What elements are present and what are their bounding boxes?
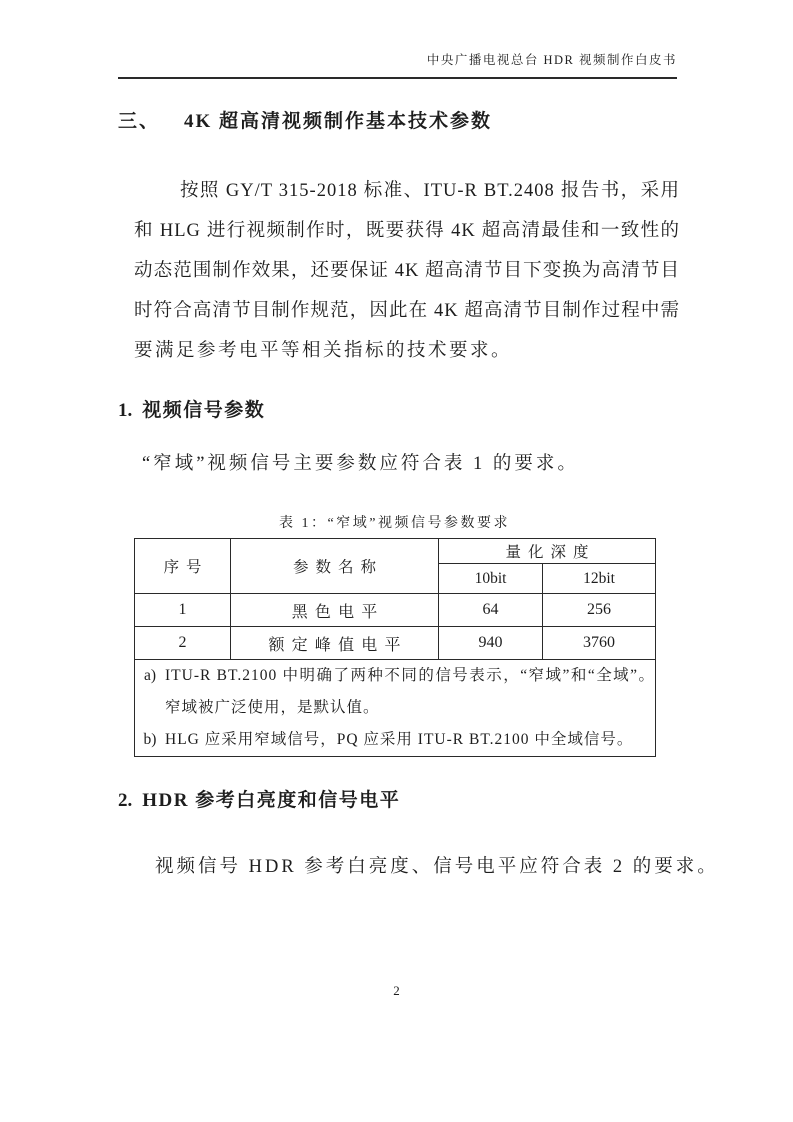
chapter-title: 三、4K 超高清视频制作基本技术参数 [118,107,678,137]
cell-10bit-value: 940 [439,627,543,660]
table-notes: a) ITU-R BT.2100 中明确了两种不同的信号表示，“窄域”和“全域”… [135,660,656,757]
table-header-12bit: 12bit [543,564,656,594]
section-1-heading-text: 视频信号参数 [142,400,265,421]
cell-row-no: 2 [135,627,231,660]
table-header-no: 序号 [135,539,231,594]
note-label: b) [135,724,165,756]
intro-line: 要满足参考电平等相关指标的技术要求。 [134,331,680,371]
note-text: HLG 应采用窄域信号，PQ 应采用 ITU-R BT.2100 中全域信号。 [165,724,655,756]
intro-line: 和 HLG 进行视频制作时，既要获得 4K 超高清最佳和一致性的高 [134,211,680,251]
section-2-number: 2. [118,790,132,811]
table-header-bitdepth-group: 量化深度 [439,539,656,564]
table-note-b: b) HLG 应采用窄域信号，PQ 应采用 ITU-R BT.2100 中全域信… [135,724,655,756]
chapter-title-text: 4K 超高清视频制作基本技术参数 [184,111,492,132]
cell-row-no: 1 [135,594,231,627]
section-1-body: “窄域”视频信号主要参数应符合表 1 的要求。 [134,451,680,477]
note-text: ITU-R BT.2100 中明确了两种不同的信号表示，“窄域”和“全域”。窄域… [165,660,655,724]
table-1-caption: 表 1：“窄域”视频信号参数要求 [134,512,655,532]
section-1-heading: 1.视频信号参数 [118,398,265,424]
table-header-10bit: 10bit [439,564,543,594]
section-2-body: 视频信号 HDR 参考白亮度、信号电平应符合表 2 的要求。 [134,854,680,880]
note-label: a) [135,660,165,724]
intro-paragraph: 按照 GY/T 315-2018 标准、ITU-R BT.2408 报告书，采用… [134,171,680,371]
table-row: 1 黑色电平 64 256 [135,594,656,627]
cell-12bit-value: 3760 [543,627,656,660]
section-2-heading: 2.HDR 参考白亮度和信号电平 [118,788,400,814]
table-note-a: a) ITU-R BT.2100 中明确了两种不同的信号表示，“窄域”和“全域”… [135,660,655,724]
table-1: 序号 参数名称 量化深度 10bit 12bit 1 黑色电平 64 256 2… [134,538,656,757]
intro-line: 动态范围制作效果，还要保证 4K 超高清节目下变换为高清节目 [134,251,680,291]
page-header-text: 中央广播电视总台 HDR 视频制作白皮书 [118,50,677,79]
intro-line: 时符合高清节目制作规范，因此在 4K 超高清节目制作过程中需 [134,291,680,331]
table-header-name: 参数名称 [231,539,439,594]
intro-line: 按照 GY/T 315-2018 标准、ITU-R BT.2408 报告书，采用… [134,171,680,211]
chapter-number: 三、 [118,111,160,132]
cell-12bit-value: 256 [543,594,656,627]
cell-10bit-value: 64 [439,594,543,627]
page-number: 2 [0,983,793,999]
section-2-heading-text: HDR 参考白亮度和信号电平 [142,790,400,811]
cell-param-name: 黑色电平 [231,594,439,627]
table-row: 2 额定峰值电平 940 3760 [135,627,656,660]
cell-param-name: 额定峰值电平 [231,627,439,660]
section-1-number: 1. [118,400,132,421]
